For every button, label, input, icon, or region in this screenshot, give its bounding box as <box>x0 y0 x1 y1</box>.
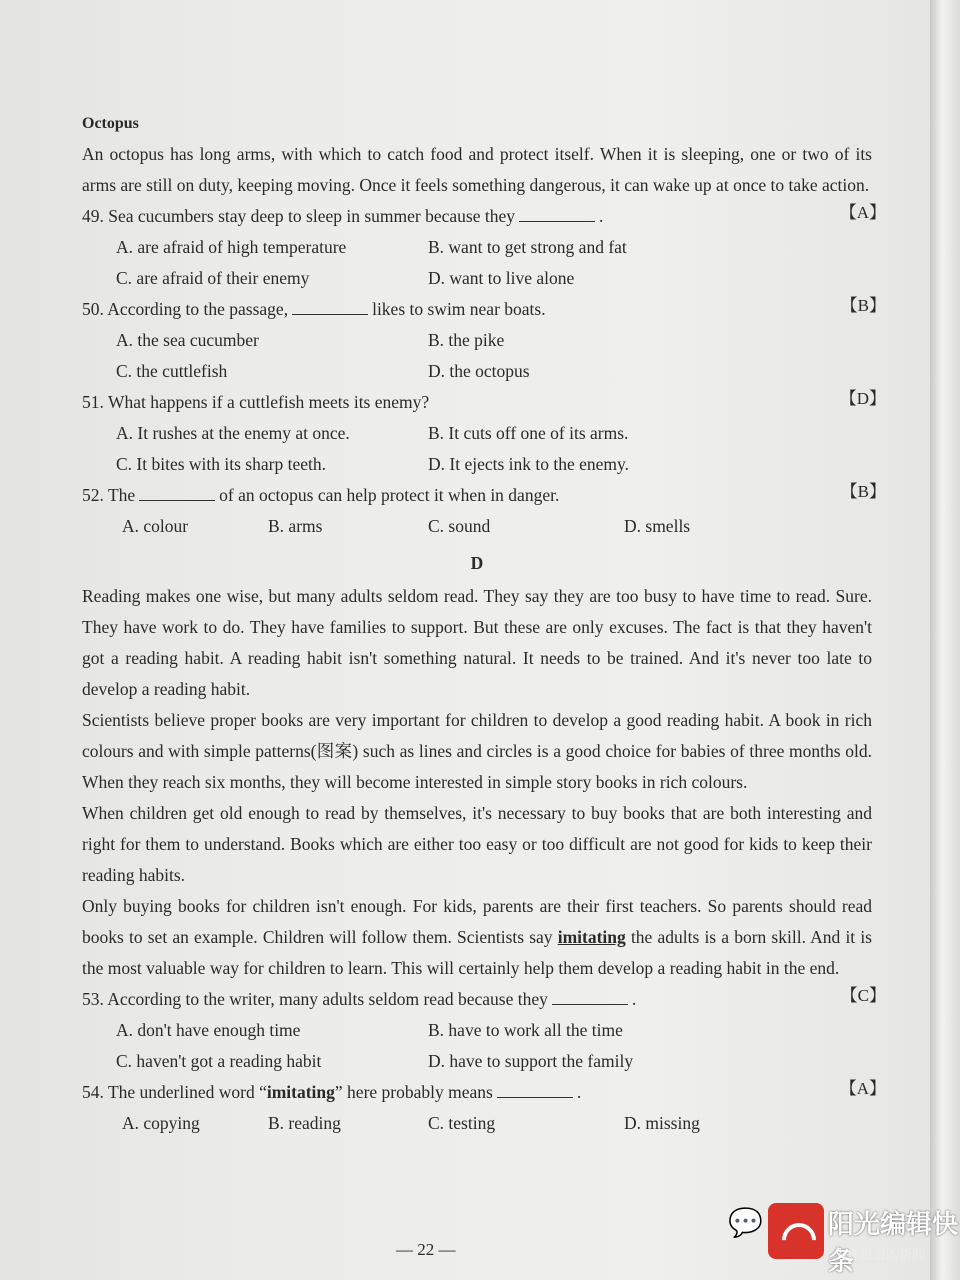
answer-blank <box>139 484 215 501</box>
option-b: B. have to work all the time <box>428 1015 740 1046</box>
question-53: 53. According to the writer, many adults… <box>82 984 872 1077</box>
question-50: 50. According to the passage,likes to sw… <box>82 294 872 387</box>
option-a: A. the sea cucumber <box>116 325 428 356</box>
option-c: C. haven't got a reading habit <box>116 1046 428 1077</box>
passage-paragraph: When children get old enough to read by … <box>82 798 872 891</box>
option-b: B. It cuts off one of its arms. <box>428 418 740 449</box>
question-51: 51. What happens if a cuttlefish meets i… <box>82 387 872 480</box>
option-a: A. don't have enough time <box>116 1015 428 1046</box>
option-b: B. arms <box>268 511 428 542</box>
option-a: A. colour <box>122 511 268 542</box>
passage-paragraph: Reading makes one wise, but many adults … <box>82 581 872 705</box>
option-a: A. are afraid of high temperature <box>116 232 428 263</box>
answer-key: 【D】 <box>840 383 886 414</box>
answer-blank <box>292 298 368 315</box>
watermark-brand: 阳光编辑快条 <box>828 1204 960 1278</box>
answer-key: 【C】 <box>841 980 886 1011</box>
section-heading: D <box>82 548 872 579</box>
wechat-icon: 💬 <box>728 1206 763 1240</box>
passage-paragraph: Scientists believe proper books are very… <box>82 705 872 798</box>
answer-blank <box>552 988 628 1005</box>
passage-paragraph: An octopus has long arms, with which to … <box>82 139 872 201</box>
option-d: D. It ejects ink to the enemy. <box>428 449 740 480</box>
page-number: — 22 — <box>396 1240 456 1260</box>
answer-blank <box>497 1081 573 1098</box>
option-d: D. want to live alone <box>428 263 740 294</box>
page-edge <box>930 0 960 1280</box>
app-logo-icon <box>768 1203 824 1259</box>
underlined-word: imitating <box>558 927 626 947</box>
option-c: C. are afraid of their enemy <box>116 263 428 294</box>
option-c: C. It bites with its sharp teeth. <box>116 449 428 480</box>
option-a: A. It rushes at the enemy at once. <box>116 418 428 449</box>
passage-paragraph: Only buying books for children isn't eno… <box>82 891 872 984</box>
option-b: B. the pike <box>428 325 740 356</box>
option-d: D. missing <box>624 1108 774 1139</box>
answer-key: 【B】 <box>841 476 886 507</box>
option-d: D. smells <box>624 511 774 542</box>
options: A. don't have enough time B. have to wor… <box>82 1015 872 1077</box>
option-c: C. testing <box>428 1108 624 1139</box>
answer-key: 【B】 <box>841 290 886 321</box>
answer-blank <box>519 205 595 222</box>
answer-key: 【A】 <box>840 1073 886 1104</box>
options: A. the sea cucumber B. the pike C. the c… <box>82 325 872 387</box>
bold-word: imitating <box>267 1082 335 1102</box>
question-49: 49. Sea cucumbers stay deep to sleep in … <box>82 201 872 294</box>
watermark-tagline: 为你报道的新闻 <box>834 1244 925 1263</box>
options: A. are afraid of high temperature B. wan… <box>82 232 872 294</box>
options: A. colour B. arms C. sound D. smells <box>82 511 872 542</box>
option-c: C. sound <box>428 511 624 542</box>
question-52: 52. Theof an octopus can help protect it… <box>82 480 872 542</box>
question-54: 54. The underlined word “imitating” here… <box>82 1077 872 1139</box>
option-d: D. have to support the family <box>428 1046 740 1077</box>
options: A. It rushes at the enemy at once. B. It… <box>82 418 872 480</box>
answer-key: 【A】 <box>840 197 886 228</box>
option-d: D. the octopus <box>428 356 740 387</box>
option-b: B. reading <box>268 1108 428 1139</box>
passage-title: Octopus <box>82 108 872 139</box>
page-content: Octopus An octopus has long arms, with w… <box>82 108 872 1139</box>
option-a: A. copying <box>122 1108 268 1139</box>
option-c: C. the cuttlefish <box>116 356 428 387</box>
options: A. copying B. reading C. testing D. miss… <box>82 1108 872 1139</box>
option-b: B. want to get strong and fat <box>428 232 740 263</box>
